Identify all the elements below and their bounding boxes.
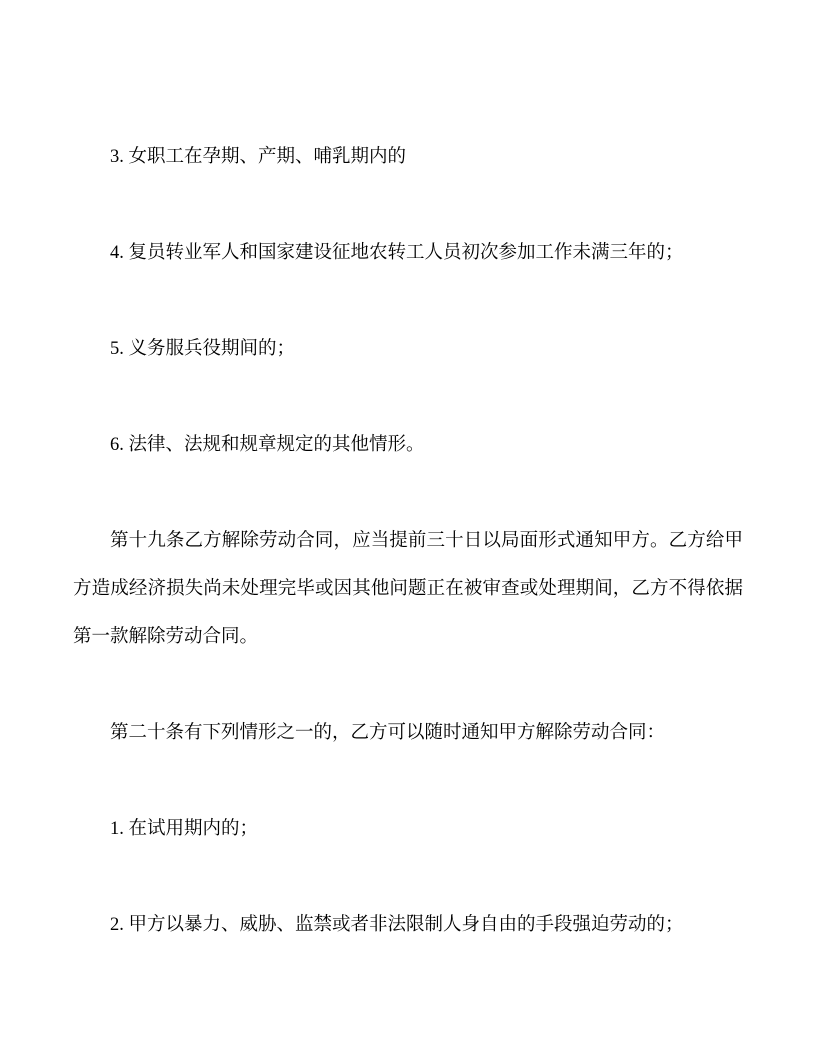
list-item-2: 2. 甲方以暴力、威胁、监禁或者非法限制人身自由的手段强迫劳动的； <box>73 901 743 949</box>
document-page: 3. 女职工在孕期、产期、哺乳期内的 4. 复员转业军人和国家建设征地农转工人员… <box>0 0 816 1056</box>
list-item-3: 3. 女职工在孕期、产期、哺乳期内的 <box>73 133 743 181</box>
list-item-4: 4. 复员转业军人和国家建设征地农转工人员初次参加工作未满三年的； <box>73 229 743 277</box>
list-item-5: 5. 义务服兵役期间的； <box>73 325 743 373</box>
list-item-1: 1. 在试用期内的； <box>73 805 743 853</box>
clause-20-paragraph: 第二十条有下列情形之一的，乙方可以随时通知甲方解除劳动合同： <box>73 709 743 757</box>
clause-19-paragraph: 第十九条乙方解除劳动合同，应当提前三十日以局面形式通知甲方。乙方给甲方造成经济损… <box>73 517 743 661</box>
list-item-6: 6. 法律、法规和规章规定的其他情形。 <box>73 421 743 469</box>
